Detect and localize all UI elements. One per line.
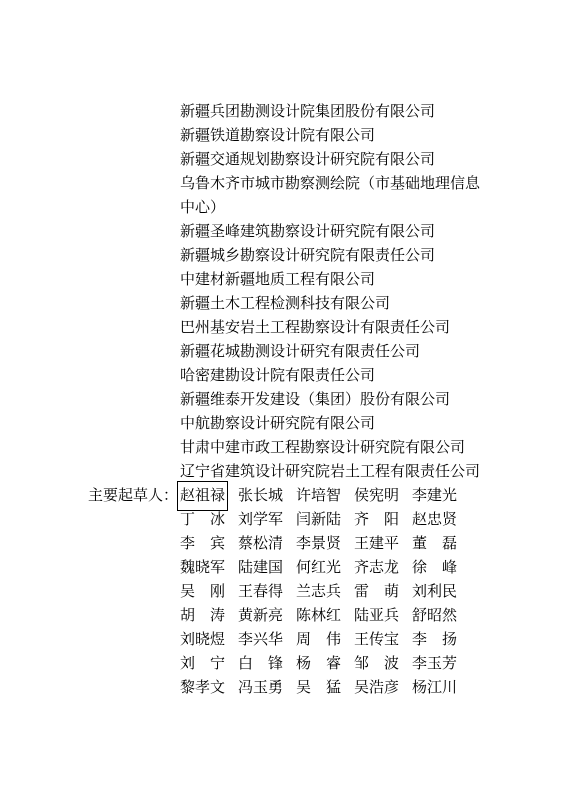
drafter-name: 李 扬 [412,628,457,652]
drafter-name: 黎孝文 [180,676,225,700]
drafter-name: 王春得 [238,580,283,604]
drafters-list: 赵祖禄张长城许培智侯宪明李建光 丁 冰刘学军闫新陆齐 阳赵忠贤 李 宾蔡松清李景… [180,484,457,700]
drafter-name: 蔡松清 [238,532,283,556]
company-line: 新疆交通规划勘察设计研究院有限公司 [180,148,480,172]
drafters-label: 主要起草人： [88,484,178,508]
drafter-name: 齐志龙 [354,556,399,580]
drafter-name: 杨 睿 [296,652,341,676]
company-line: 新疆铁道勘察设计院有限公司 [180,124,480,148]
drafter-name: 吴 猛 [296,676,341,700]
drafter-name-boxed: 赵祖禄 [180,484,225,508]
drafter-name: 李玉芳 [412,652,457,676]
company-line: 中心） [180,196,480,220]
drafter-row: 吴 刚王春得兰志兵雷 萌刘利民 [180,580,457,604]
drafter-name: 张长城 [238,484,283,508]
drafter-name: 刘利民 [412,580,457,604]
drafter-name: 雷 萌 [354,580,399,604]
drafter-name: 胡 涛 [180,604,225,628]
drafter-name: 王传宝 [354,628,399,652]
company-line: 中建材新疆地质工程有限公司 [180,268,480,292]
drafter-name: 李兴华 [238,628,283,652]
drafter-name: 冯玉勇 [238,676,283,700]
drafter-name: 陆亚兵 [354,604,399,628]
drafter-name: 丁 冰 [180,508,225,532]
company-line: 中航勘察设计研究院有限公司 [180,412,480,436]
drafter-name: 吴 刚 [180,580,225,604]
drafter-name: 黄新亮 [238,604,283,628]
drafter-name: 邹 波 [354,652,399,676]
drafter-name: 陆建国 [238,556,283,580]
company-list: 新疆兵团勘测设计院集团股份有限公司 新疆铁道勘察设计院有限公司 新疆交通规划勘察… [180,100,480,484]
company-line: 新疆城乡勘察设计研究院有限责任公司 [180,244,480,268]
drafter-name: 刘晓煜 [180,628,225,652]
drafter-name: 陈林红 [296,604,341,628]
drafter-name: 侯宪明 [354,484,399,508]
drafter-name: 刘 宁 [180,652,225,676]
drafter-row: 刘晓煜李兴华周 伟王传宝李 扬 [180,628,457,652]
drafter-name: 齐 阳 [354,508,399,532]
drafter-name: 李景贤 [296,532,341,556]
company-line: 乌鲁木齐市城市勘察测绘院（市基础地理信息 [180,172,480,196]
company-line: 辽宁省建筑设计研究院岩土工程有限责任公司 [180,460,480,484]
drafter-row: 丁 冰刘学军闫新陆齐 阳赵忠贤 [180,508,457,532]
drafter-row: 刘 宁白 锋杨 睿邹 波李玉芳 [180,652,457,676]
drafter-row: 胡 涛黄新亮陈林红陆亚兵舒昭然 [180,604,457,628]
drafter-name: 魏晓军 [180,556,225,580]
drafter-row: 魏晓军陆建国何红光齐志龙徐 峰 [180,556,457,580]
drafter-row: 黎孝文冯玉勇吴 猛吴浩彦杨江川 [180,676,457,700]
drafter-name: 何红光 [296,556,341,580]
document-page: 新疆兵团勘测设计院集团股份有限公司 新疆铁道勘察设计院有限公司 新疆交通规划勘察… [0,0,561,804]
drafter-name: 王建平 [354,532,399,556]
drafter-name: 兰志兵 [296,580,341,604]
company-line: 新疆维泰开发建设（集团）股份有限公司 [180,388,480,412]
drafter-row: 李 宾蔡松清李景贤王建平董 磊 [180,532,457,556]
company-line: 甘肃中建市政工程勘察设计研究院有限公司 [180,436,480,460]
drafter-name: 吴浩彦 [354,676,399,700]
company-line: 哈密建勘设计院有限责任公司 [180,364,480,388]
company-line: 巴州基安岩土工程勘察设计有限责任公司 [180,316,480,340]
company-line: 新疆花城勘测设计研究有限责任公司 [180,340,480,364]
drafter-name: 刘学军 [238,508,283,532]
company-line: 新疆兵团勘测设计院集团股份有限公司 [180,100,480,124]
drafter-name: 董 磊 [412,532,457,556]
company-line: 新疆圣峰建筑勘察设计研究院有限公司 [180,220,480,244]
drafter-name: 李建光 [412,484,457,508]
drafter-name: 李 宾 [180,532,225,556]
drafter-name: 赵忠贤 [412,508,457,532]
drafter-name: 周 伟 [296,628,341,652]
drafter-name: 白 锋 [238,652,283,676]
drafter-name: 杨江川 [412,676,457,700]
drafter-name: 许培智 [296,484,341,508]
drafter-name: 徐 峰 [412,556,457,580]
drafter-name: 舒昭然 [412,604,457,628]
company-line: 新疆土木工程检测科技有限公司 [180,292,480,316]
drafter-row: 赵祖禄张长城许培智侯宪明李建光 [180,484,457,508]
drafter-name: 闫新陆 [296,508,341,532]
